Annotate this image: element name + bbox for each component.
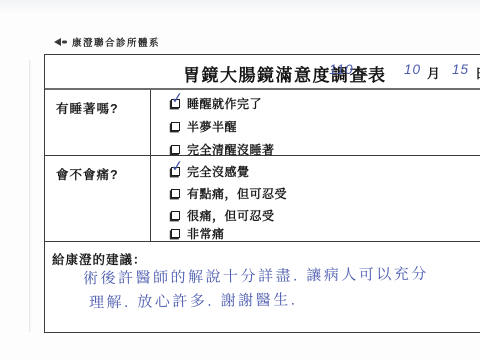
clinic-logo-arrow-icon xyxy=(54,38,68,46)
form-title-row: 胃鏡大腸鏡滿意度調查表 110 年 10 月 15 日 xyxy=(45,55,480,90)
question-label: 有睡著嗎? xyxy=(56,99,119,117)
day-label: 日 xyxy=(475,63,480,82)
scanned-survey-form: { "logo": { "icon": "clinic-logo-arrow-i… xyxy=(0,0,480,360)
scan-top-tint xyxy=(0,0,480,14)
checkbox-unchecked xyxy=(171,122,180,131)
pen-checkmark-icon: ✓ xyxy=(170,158,184,174)
option-half-awake: 半夢半醒 xyxy=(171,119,237,133)
checkbox-unchecked xyxy=(171,211,180,220)
question-label: 會不會痛? xyxy=(56,165,119,183)
option-extreme-pain: 非常痛 xyxy=(171,226,225,240)
handwritten-day-value: 15 xyxy=(452,62,469,77)
checkbox-unchecked xyxy=(171,189,180,198)
option-label: 睡醒就作完了 xyxy=(187,95,262,112)
option-label: 非常痛 xyxy=(187,225,225,242)
checkbox-checked: ✓ xyxy=(171,99,180,108)
suggestion-row: 給康澄的建議： 術後許醫師的解說十分詳盡. 讓病人可以充分 理解. 放心許多. … xyxy=(45,242,480,328)
checkbox-unchecked xyxy=(171,229,180,238)
option-label: 完全清醒沒睡著 xyxy=(187,141,275,158)
question-row-pain: 會不會痛? ✓ 完全沒感覺 有點痛，但可忍受 很痛，但可忍受 非常痛 xyxy=(45,156,480,242)
option-much-pain: 很痛，但可忍受 xyxy=(171,208,275,222)
option-slight-pain: 有點痛，但可忍受 xyxy=(171,186,287,200)
clinic-logo-text: 康澄聯合診所體系 xyxy=(72,35,160,49)
handwritten-comment-line-2: 理解. 放心許多. 謝謝醫生. xyxy=(89,289,298,313)
checkbox-unchecked xyxy=(171,145,180,154)
option-label: 半夢半醒 xyxy=(187,118,237,135)
suggestion-label: 給康澄的建議： xyxy=(52,250,147,268)
option-no-feeling: ✓ 完全沒感覺 xyxy=(171,164,250,178)
handwritten-month-value: 10 xyxy=(404,62,421,77)
option-label: 有點痛，但可忍受 xyxy=(187,185,287,202)
checkbox-checked: ✓ xyxy=(171,167,180,176)
question-row-sleep: 有睡著嗎? ✓ 睡醒就作完了 半夢半醒 完全清醒沒睡著 xyxy=(45,90,480,156)
month-label: 月 xyxy=(427,63,440,82)
handwritten-year-value: 110 xyxy=(329,62,354,77)
option-fully-awake: 完全清醒沒睡著 xyxy=(171,142,275,156)
pen-checkmark-icon: ✓ xyxy=(170,90,184,106)
handwritten-comment-line-1: 術後許醫師的解說十分詳盡. 讓病人可以充分 xyxy=(83,263,429,289)
question-label-cell: 有睡著嗎? xyxy=(45,90,151,155)
option-label: 很痛，但可忍受 xyxy=(187,207,275,224)
paper-edge-shadow xyxy=(29,60,31,332)
clinic-logo: 康澄聯合診所體系 xyxy=(54,35,160,49)
option-label: 完全沒感覺 xyxy=(187,163,250,180)
question-label-cell: 會不會痛? xyxy=(45,156,151,241)
survey-form-table: 胃鏡大腸鏡滿意度調查表 110 年 10 月 15 日 有睡著嗎? ✓ 睡醒就作… xyxy=(44,54,480,333)
option-sleep-finished: ✓ 睡醒就作完了 xyxy=(171,96,262,110)
year-label: 年 xyxy=(355,63,368,82)
